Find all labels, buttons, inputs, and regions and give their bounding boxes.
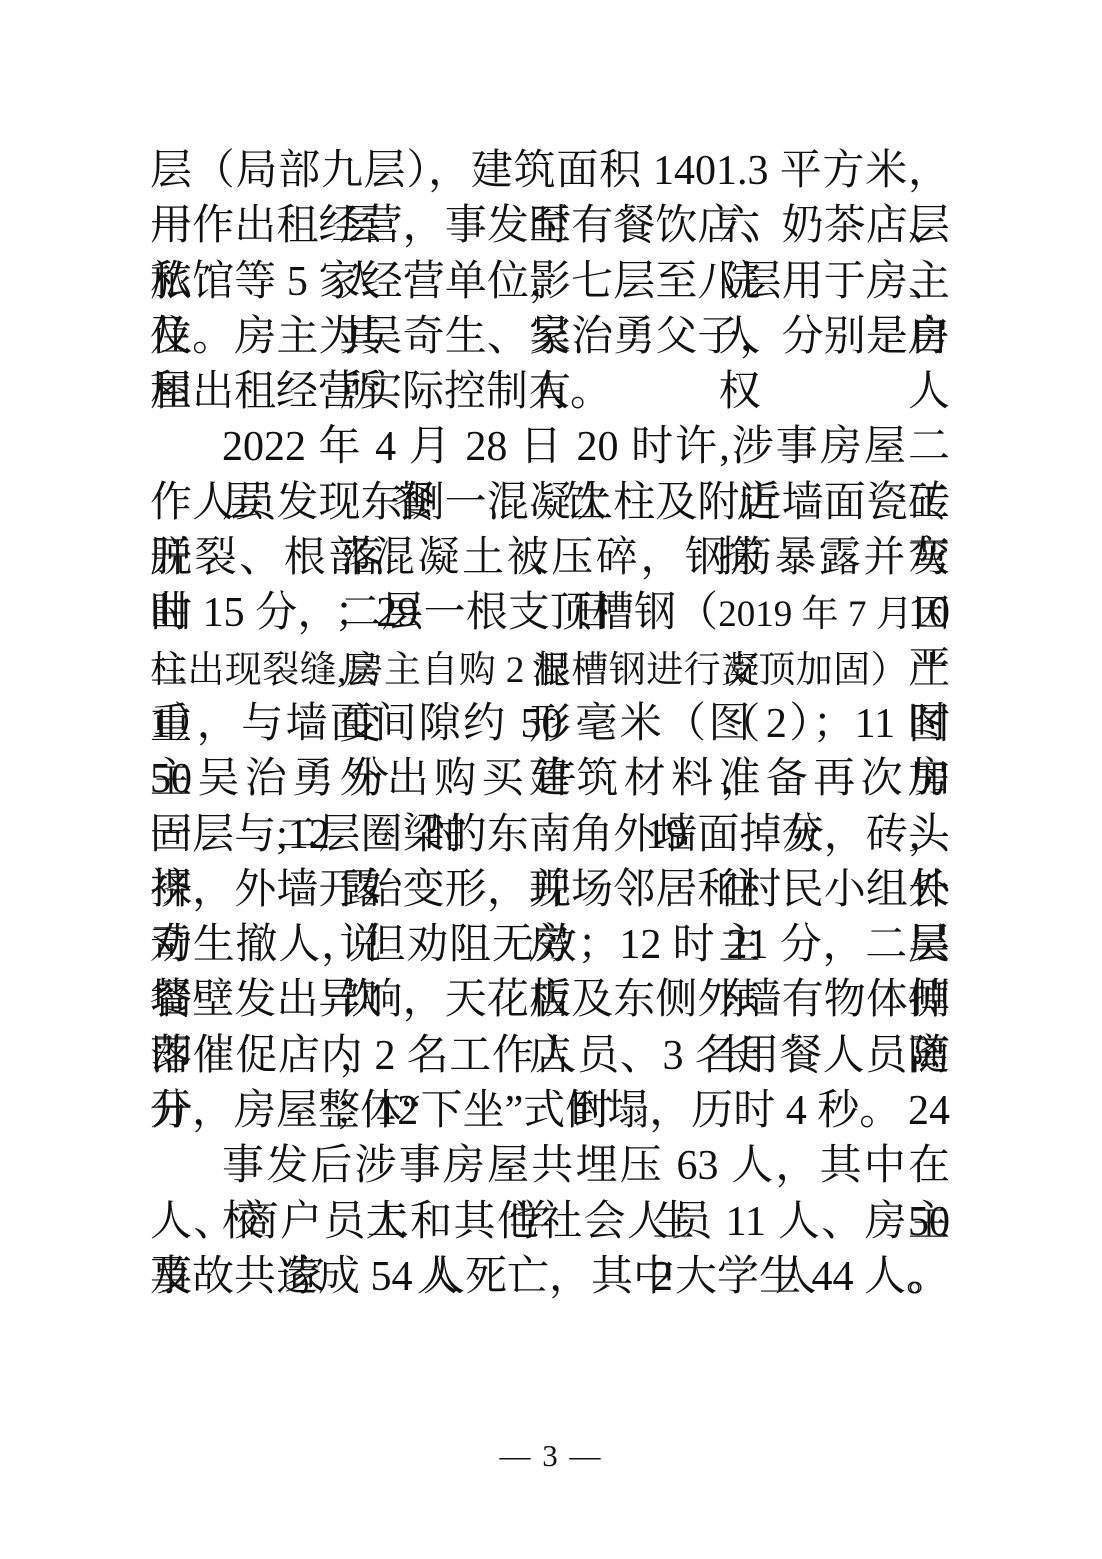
paragraph-line: 1），与墙面间隙约 50 毫米（图 2）；11 时 50 分许，房	[150, 697, 950, 752]
paragraph-line: 奇生撤人，但劝阻无效；12 时 21 分，二层餐饮店东侧	[150, 918, 950, 973]
paragraph-line: 人、商户员工和其他社会人员 11 人、房主及家人 2 人。	[150, 1195, 950, 1250]
paragraph-line: 柱出现裂缝,房主自购 2 根槽钢进行支顶加固）严重变形（图	[150, 642, 950, 697]
paragraph-line: 一层与二层圈梁的东南角外墙面掉灰，砖头裸露并往外	[150, 808, 950, 863]
paragraph-line: 事故共造成 54 人死亡，其中大学生 44 人。	[150, 1250, 950, 1305]
paragraph-line: 墙壁发出异响，天花板及东侧外墙有物体掉落，店长随	[150, 973, 950, 1028]
paragraph-line: 作人员发现东侧一混凝土柱及附近墙面瓷砖脱落、抹灰	[150, 476, 950, 531]
paragraph-line: 挤，外墙开始变形，现场邻居和村民小组长劝说房主吴	[150, 863, 950, 918]
line-text: 分，房屋整体“下坐”式倒塌，历时 4 秒。	[150, 1088, 901, 1134]
line-text: 和出租经营实际控制人。	[150, 369, 612, 415]
paragraph-line: 主吴治勇外出购买建筑材料准备再次加固;12 时 19 分，	[150, 752, 950, 807]
paragraph-line: 住。房主为吴奇生、吴治勇父子，分别是房屋所有权人	[150, 310, 950, 365]
paragraph-line: 旅馆等 5 家经营单位，七层至八层用于房主及其家人自	[150, 255, 950, 310]
paragraph-line: 层（局部九层），建筑面积 1401.3 平方米，一层至六层	[150, 144, 950, 199]
paragraph-line: 开裂、根部混凝土被压碎，钢筋暴露并弯曲；29 日 10	[150, 531, 950, 586]
line-text-small: 柱出现裂缝,房主自购 2 根槽钢进行支顶加固）	[150, 650, 908, 691]
paragraph-line: 即催促店内 2 名工作人员、3 名用餐人员离开；12 时 24	[150, 1029, 950, 1084]
paragraph-line: 事发后涉事房屋共埋压 63 人，其中在校大学生 50	[150, 1139, 950, 1194]
paragraph-line: 2022 年 4 月 28 日 20 时许,涉事房屋二层餐饮店工	[150, 420, 950, 475]
line-text: 时 15 分，二层一根支顶槽钢（	[150, 590, 718, 636]
text-content: 层（局部九层），建筑面积 1401.3 平方米，一层至六层 用作出租经营，事发时…	[150, 144, 950, 1305]
document-page: 层（局部九层），建筑面积 1401.3 平方米，一层至六层 用作出租经营，事发时…	[0, 0, 1102, 1559]
line-text: 事故共造成 54 人死亡，其中大学生 44 人。	[150, 1254, 948, 1300]
paragraph-line: 分，房屋整体“下坐”式倒塌，历时 4 秒。	[150, 1084, 950, 1139]
page-number: — 3 —	[0, 1432, 1102, 1480]
paragraph-line: 用作出租经营，事发时有餐饮店、奶茶店、私人影院、	[150, 199, 950, 254]
paragraph-line: 时 15 分，二层一根支顶槽钢（2019 年 7 月因二层混凝土	[150, 586, 950, 641]
